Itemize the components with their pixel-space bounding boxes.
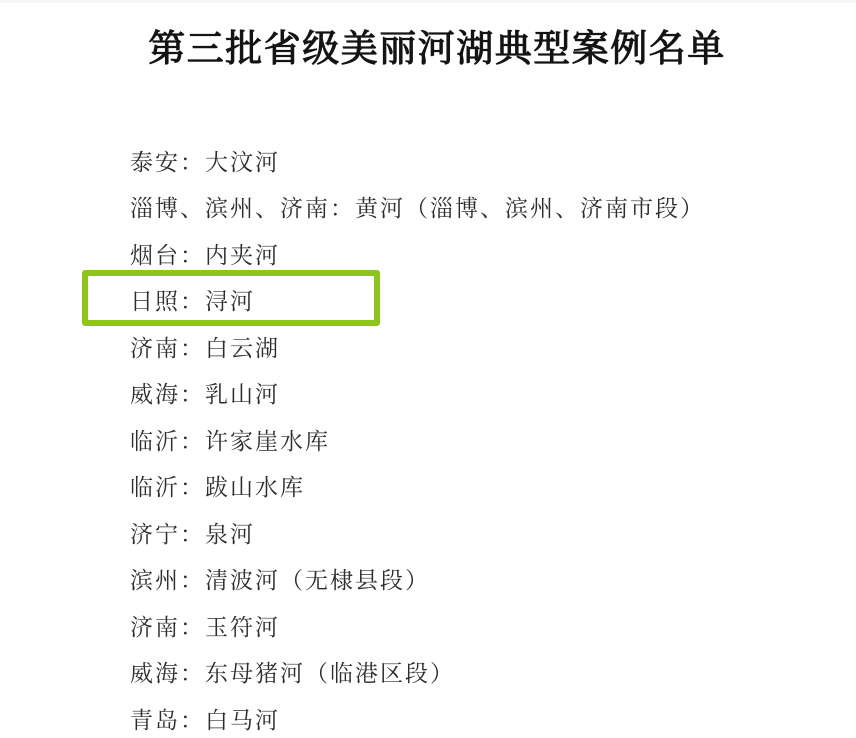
list-item: 青岛：白马河 — [130, 695, 830, 738]
list-item: 济南：玉符河 — [130, 602, 830, 649]
list-item: 威海：东母猪河（临港区段） — [130, 649, 830, 696]
case-list: 泰安：大汶河 淄博、滨州、济南：黄河（淄博、滨州、济南市段） 烟台：内夹河 日照… — [130, 137, 830, 738]
list-item-highlighted: 日照：浔河 — [130, 277, 830, 324]
list-item: 烟台：内夹河 — [130, 230, 830, 277]
list-item: 滨州：清波河（无棣县段） — [130, 556, 830, 603]
list-item: 淄博、滨州、济南：黄河（淄博、滨州、济南市段） — [130, 184, 830, 231]
page-title: 第三批省级美丽河湖典型案例名单 — [0, 18, 856, 72]
list-item: 临沂：许家崖水库 — [130, 416, 830, 463]
page-top-edge — [0, 0, 856, 3]
list-item: 济南：白云湖 — [130, 323, 830, 370]
list-item: 济宁：泉河 — [130, 509, 830, 556]
list-item: 泰安：大汶河 — [130, 137, 830, 184]
list-item: 威海：乳山河 — [130, 370, 830, 417]
list-item: 临沂：跋山水库 — [130, 463, 830, 510]
